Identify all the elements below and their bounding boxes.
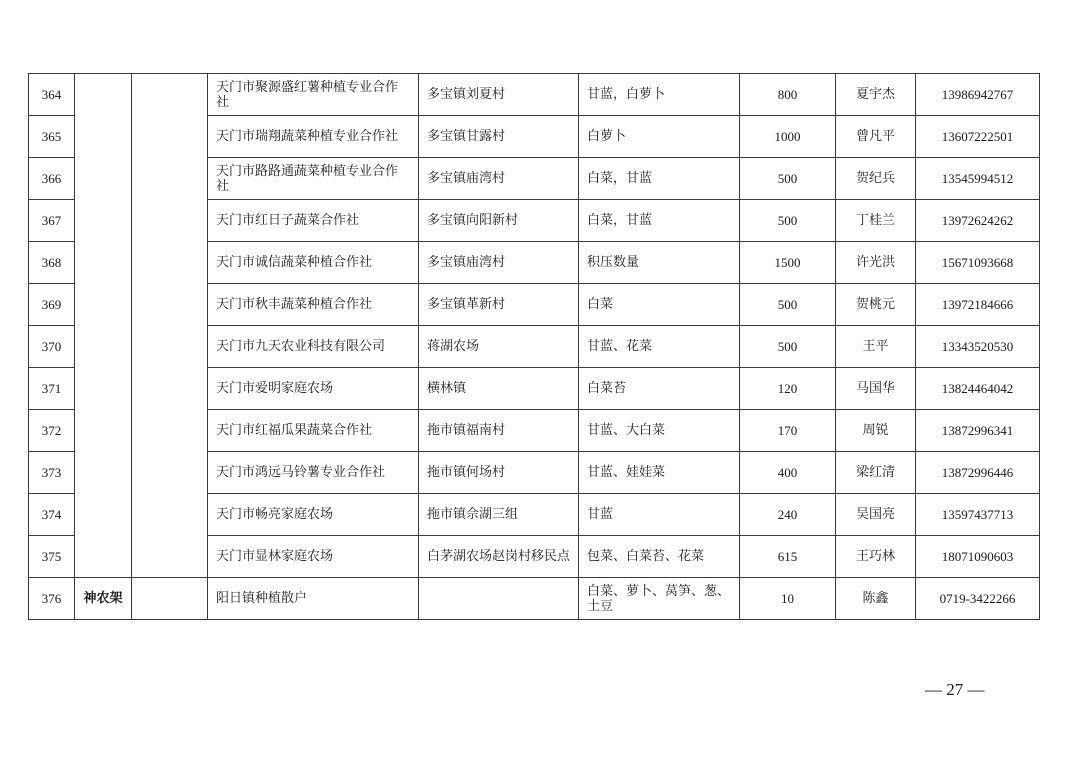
contact-person: 贺纪兵	[836, 158, 916, 200]
row-number: 364	[29, 74, 75, 116]
entity-name: 天门市聚源盛红薯种植专业合作社	[208, 74, 419, 116]
products: 甘蓝	[579, 494, 740, 536]
row-number: 374	[29, 494, 75, 536]
phone-number: 13972624262	[916, 200, 1040, 242]
entity-name: 天门市红日子蔬菜合作社	[208, 200, 419, 242]
products: 甘蓝、娃娃菜	[579, 452, 740, 494]
products: 包菜、白菜苔、花菜	[579, 536, 740, 578]
products: 甘蓝，白萝卜	[579, 74, 740, 116]
row-number: 365	[29, 116, 75, 158]
quantity: 500	[740, 326, 836, 368]
products: 白萝卜	[579, 116, 740, 158]
row-number: 371	[29, 368, 75, 410]
row-number: 372	[29, 410, 75, 452]
entity-name: 天门市秋丰蔬菜种植合作社	[208, 284, 419, 326]
location: 多宝镇庙湾村	[419, 242, 579, 284]
location: 蒋湖农场	[419, 326, 579, 368]
location: 多宝镇刘夏村	[419, 74, 579, 116]
row-number: 366	[29, 158, 75, 200]
region-cell	[75, 74, 132, 578]
quantity: 1500	[740, 242, 836, 284]
phone-number: 13545994512	[916, 158, 1040, 200]
contact-person: 王平	[836, 326, 916, 368]
contact-person: 王巧林	[836, 536, 916, 578]
region-cell: 神农架	[75, 578, 132, 620]
contact-person: 曾凡平	[836, 116, 916, 158]
phone-number: 13872996446	[916, 452, 1040, 494]
entity-name: 天门市九天农业科技有限公司	[208, 326, 419, 368]
sub-region-cell	[132, 578, 208, 620]
location	[419, 578, 579, 620]
quantity: 120	[740, 368, 836, 410]
entity-name: 天门市红福瓜果蔬菜合作社	[208, 410, 419, 452]
products: 白菜，甘蓝	[579, 158, 740, 200]
row-number: 376	[29, 578, 75, 620]
row-number: 368	[29, 242, 75, 284]
phone-number: 13824464042	[916, 368, 1040, 410]
quantity: 500	[740, 158, 836, 200]
products: 白菜，甘蓝	[579, 200, 740, 242]
quantity: 500	[740, 200, 836, 242]
location: 白茅湖农场赵岗村移民点	[419, 536, 579, 578]
contact-person: 丁桂兰	[836, 200, 916, 242]
row-number: 367	[29, 200, 75, 242]
quantity: 240	[740, 494, 836, 536]
contact-person: 许光洪	[836, 242, 916, 284]
contact-person: 梁红清	[836, 452, 916, 494]
quantity: 400	[740, 452, 836, 494]
entity-name: 天门市显林家庭农场	[208, 536, 419, 578]
quantity: 615	[740, 536, 836, 578]
products: 白菜苔	[579, 368, 740, 410]
phone-number: 13986942767	[916, 74, 1040, 116]
phone-number: 13343520530	[916, 326, 1040, 368]
table-row: 376 神农架 阳日镇种植散户 白菜、萝卜、莴笋、葱、土豆 10 陈鑫 0719…	[29, 578, 1040, 620]
entity-name: 天门市鸿远马铃薯专业合作社	[208, 452, 419, 494]
row-number: 375	[29, 536, 75, 578]
phone-number: 0719-3422266	[916, 578, 1040, 620]
contact-person: 陈鑫	[836, 578, 916, 620]
products: 甘蓝、大白菜	[579, 410, 740, 452]
page-number: — 27 —	[925, 680, 985, 700]
products: 白菜	[579, 284, 740, 326]
location: 多宝镇庙湾村	[419, 158, 579, 200]
location: 横林镇	[419, 368, 579, 410]
quantity: 500	[740, 284, 836, 326]
contact-person: 马国华	[836, 368, 916, 410]
vegetable-supply-table: 364 天门市聚源盛红薯种植专业合作社 多宝镇刘夏村 甘蓝，白萝卜 800 夏宇…	[28, 73, 1040, 620]
contact-person: 夏宇杰	[836, 74, 916, 116]
contact-person: 贺桃元	[836, 284, 916, 326]
location: 拖市镇佘湖三组	[419, 494, 579, 536]
sub-region-cell	[132, 74, 208, 578]
contact-person: 周锐	[836, 410, 916, 452]
quantity: 170	[740, 410, 836, 452]
location: 多宝镇甘露村	[419, 116, 579, 158]
phone-number: 13872996341	[916, 410, 1040, 452]
quantity: 10	[740, 578, 836, 620]
table-row: 364 天门市聚源盛红薯种植专业合作社 多宝镇刘夏村 甘蓝，白萝卜 800 夏宇…	[29, 74, 1040, 116]
phone-number: 13972184666	[916, 284, 1040, 326]
location: 拖市镇何场村	[419, 452, 579, 494]
location: 多宝镇革新村	[419, 284, 579, 326]
quantity: 800	[740, 74, 836, 116]
entity-name: 天门市诚信蔬菜种植合作社	[208, 242, 419, 284]
location: 多宝镇向阳新村	[419, 200, 579, 242]
entity-name: 阳日镇种植散户	[208, 578, 419, 620]
entity-name: 天门市爱明家庭农场	[208, 368, 419, 410]
row-number: 370	[29, 326, 75, 368]
phone-number: 18071090603	[916, 536, 1040, 578]
products: 积压数量	[579, 242, 740, 284]
contact-person: 吴国亮	[836, 494, 916, 536]
row-number: 373	[29, 452, 75, 494]
phone-number: 15671093668	[916, 242, 1040, 284]
location: 拖市镇福南村	[419, 410, 579, 452]
quantity: 1000	[740, 116, 836, 158]
products: 白菜、萝卜、莴笋、葱、土豆	[579, 578, 740, 620]
entity-name: 天门市路路通蔬菜种植专业合作社	[208, 158, 419, 200]
entity-name: 天门市瑞翔蔬菜种植专业合作社	[208, 116, 419, 158]
phone-number: 13597437713	[916, 494, 1040, 536]
phone-number: 13607222501	[916, 116, 1040, 158]
products: 甘蓝、花菜	[579, 326, 740, 368]
row-number: 369	[29, 284, 75, 326]
entity-name: 天门市畅亮家庭农场	[208, 494, 419, 536]
